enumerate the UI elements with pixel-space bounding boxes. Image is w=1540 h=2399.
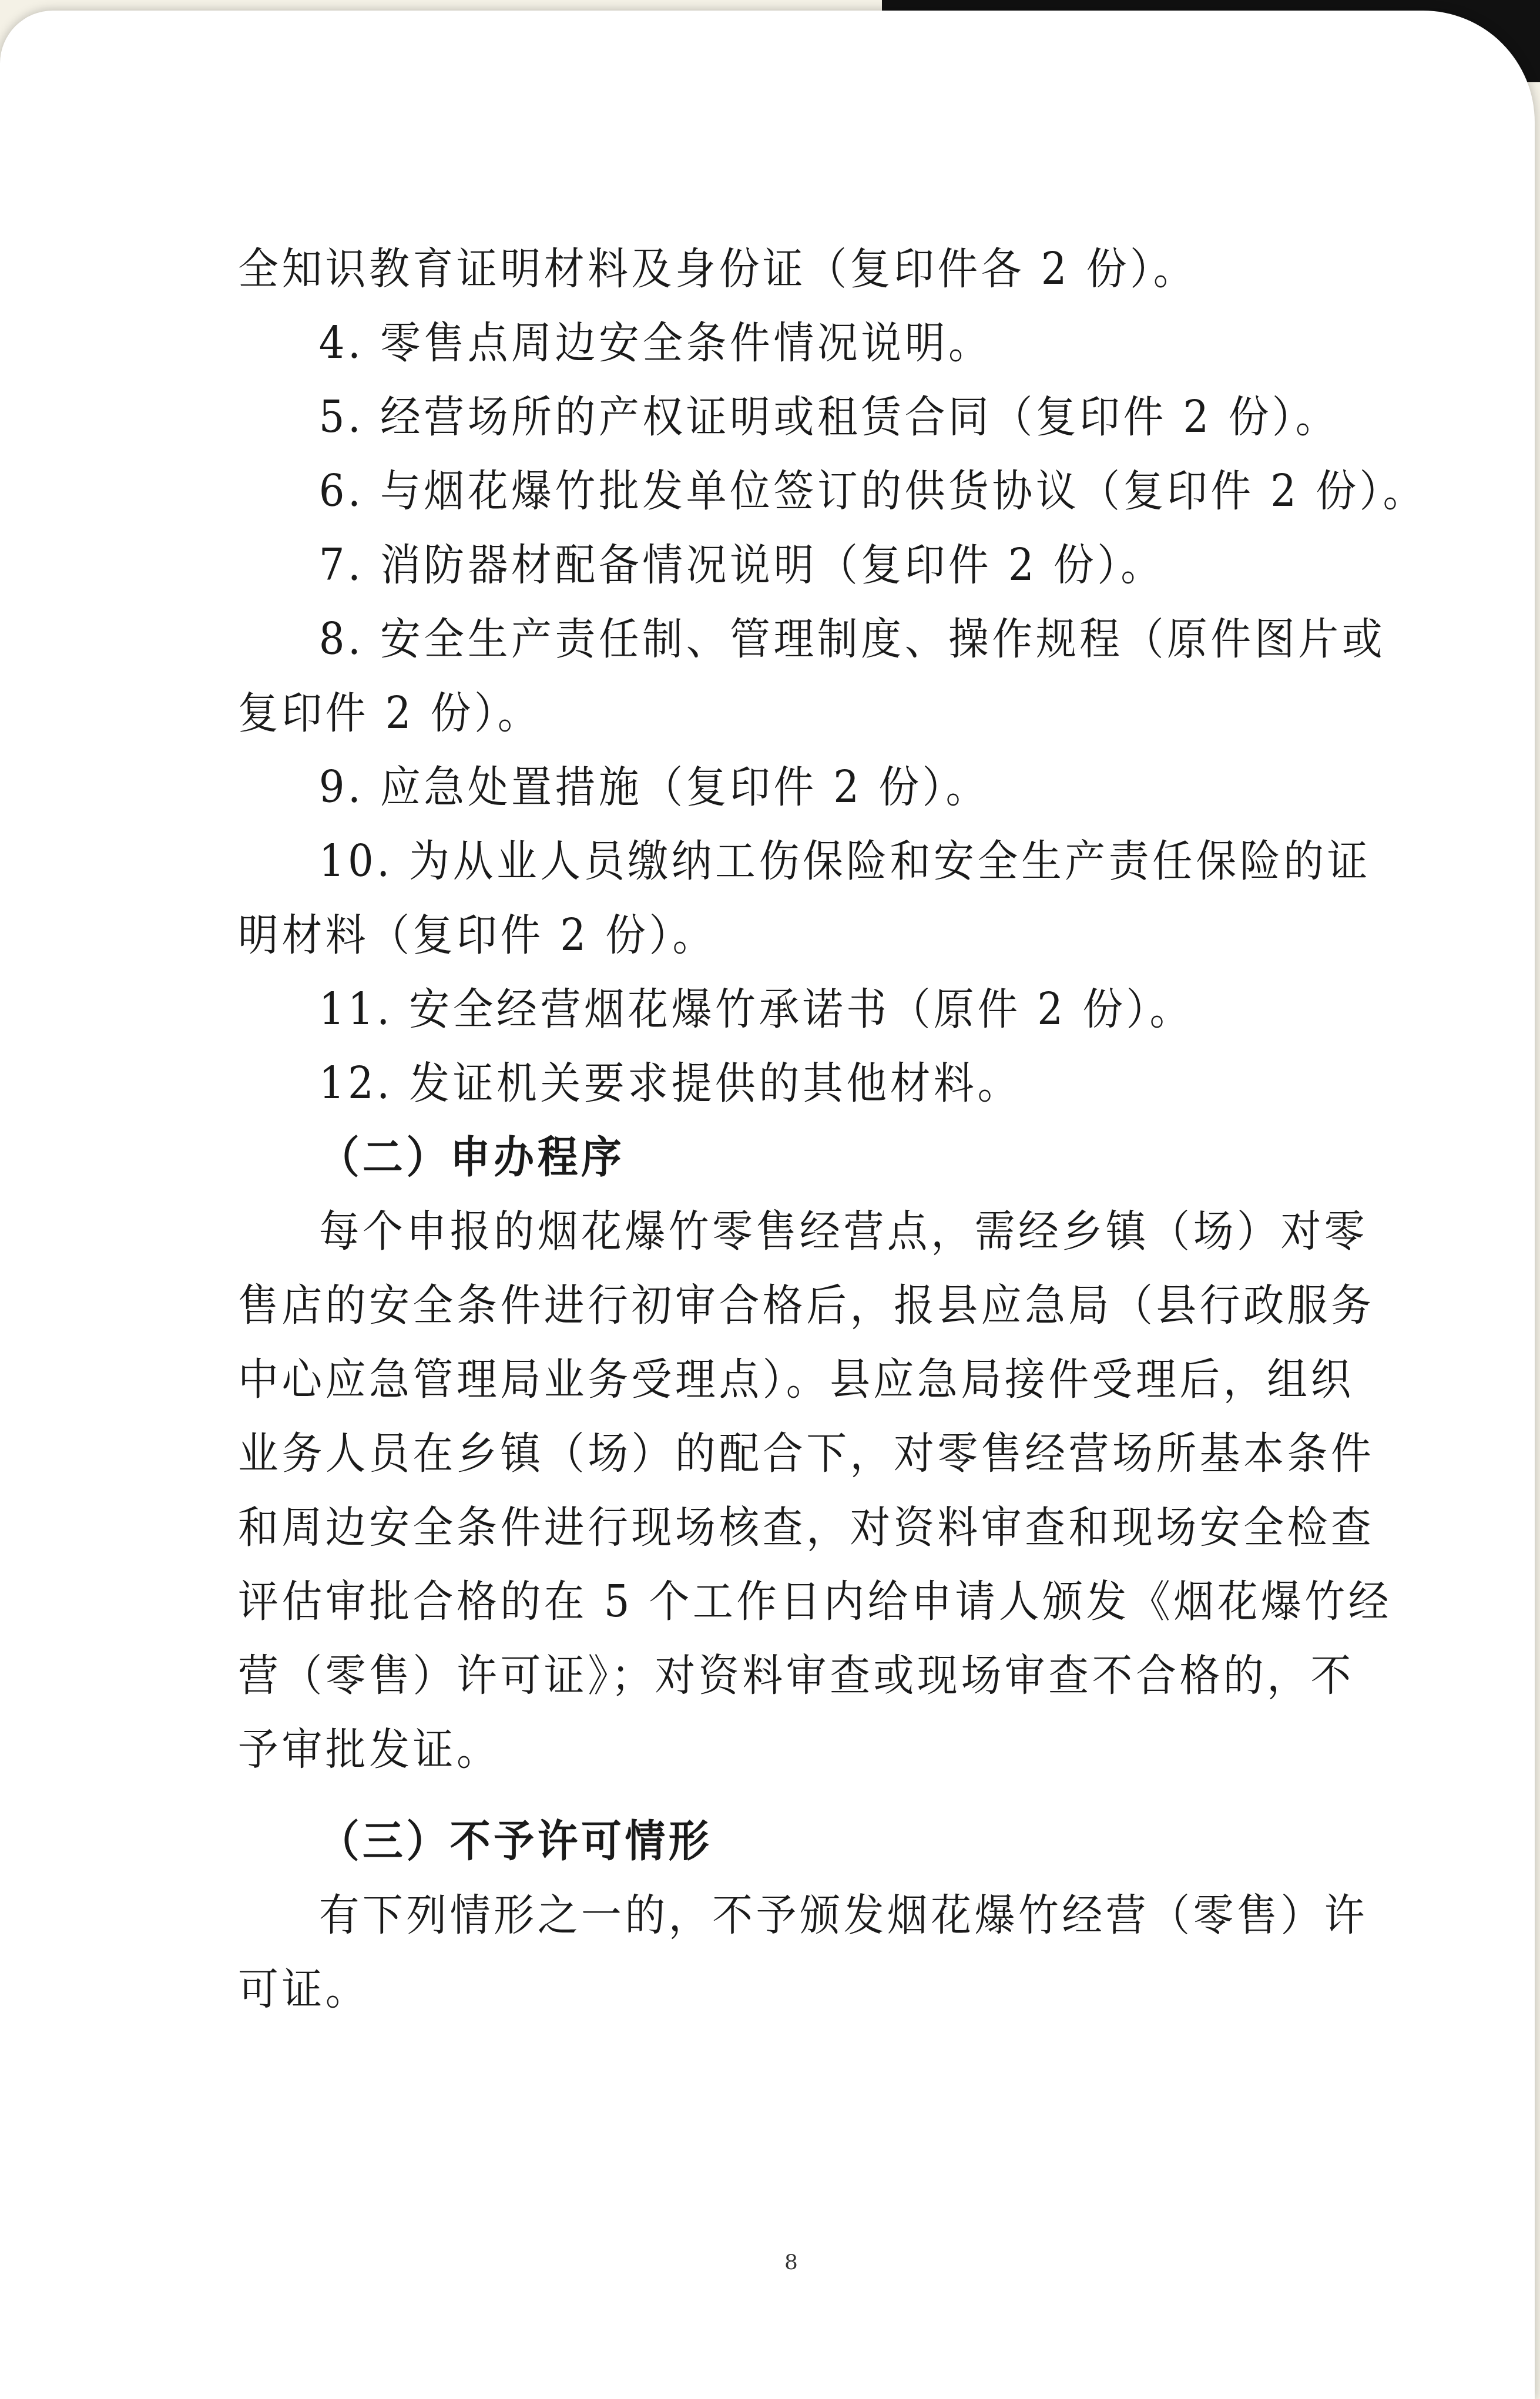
paragraph-line: 每个申报的烟花爆竹零售经营点，需经乡镇（场）对零 (238, 1195, 1331, 1269)
list-item: 6. 与烟花爆竹批发单位签订的供货协议（复印件 2 份）。 (238, 454, 1331, 528)
list-item: 4. 零售点周边安全条件情况说明。 (238, 306, 1331, 380)
paragraph-line: 营（零售）许可证》；对资料审查或现场审查不合格的，不 (238, 1639, 1331, 1713)
list-item: 10. 为从业人员缴纳工伤保险和安全生产责任保险的证 (238, 824, 1331, 898)
list-item: 8. 安全生产责任制、管理制度、操作规程（原件图片或 (238, 602, 1331, 676)
section-heading-application-procedure: （二）申办程序 (238, 1120, 1331, 1195)
paragraph-line: 中心应急管理局业务受理点）。县应急局接件受理后，组织 (238, 1343, 1331, 1417)
paragraph-line: 有下列情形之一的，不予颁发烟花爆竹经营（零售）许 (238, 1878, 1331, 1952)
list-item: 7. 消防器材配备情况说明（复印件 2 份）。 (238, 528, 1331, 602)
materials-list: 全知识教育证明材料及身份证（复印件各 2 份）。 4. 零售点周边安全条件情况说… (238, 232, 1413, 1120)
section-heading-denial-conditions: （三）不予许可情形 (238, 1804, 1331, 1878)
list-item-continuation: 明材料（复印件 2 份）。 (238, 898, 1331, 972)
application-procedure-paragraph: 每个申报的烟花爆竹零售经营点，需经乡镇（场）对零 售店的安全条件进行初审合格后，… (238, 1195, 1413, 1787)
paragraph-line: 予审批发证。 (238, 1713, 1331, 1787)
paragraph-line: 和周边安全条件进行现场核查，对资料审查和现场安全检查 (238, 1491, 1331, 1565)
list-item: 全知识教育证明材料及身份证（复印件各 2 份）。 (238, 232, 1331, 306)
denial-conditions-paragraph: 有下列情形之一的，不予颁发烟花爆竹经营（零售）许 可证。 (238, 1878, 1413, 2026)
list-item-continuation: 复印件 2 份）。 (238, 676, 1331, 750)
document-body: 全知识教育证明材料及身份证（复印件各 2 份）。 4. 零售点周边安全条件情况说… (238, 232, 1413, 2026)
paragraph-line: 业务人员在乡镇（场）的配合下，对零售经营场所基本条件 (238, 1417, 1331, 1491)
list-item: 12. 发证机关要求提供的其他材料。 (238, 1046, 1331, 1120)
list-item: 9. 应急处置措施（复印件 2 份）。 (238, 750, 1331, 824)
paragraph-line: 售店的安全条件进行初审合格后，报县应急局（县行政服务 (238, 1269, 1331, 1343)
list-item: 5. 经营场所的产权证明或租赁合同（复印件 2 份）。 (238, 380, 1331, 454)
list-item: 11. 安全经营烟花爆竹承诺书（原件 2 份）。 (238, 972, 1331, 1046)
page-number: 8 (784, 2250, 798, 2274)
paragraph-line: 可证。 (238, 1952, 1331, 2026)
paragraph-line: 评估审批合格的在 5 个工作日内给申请人颁发《烟花爆竹经 (238, 1565, 1331, 1639)
